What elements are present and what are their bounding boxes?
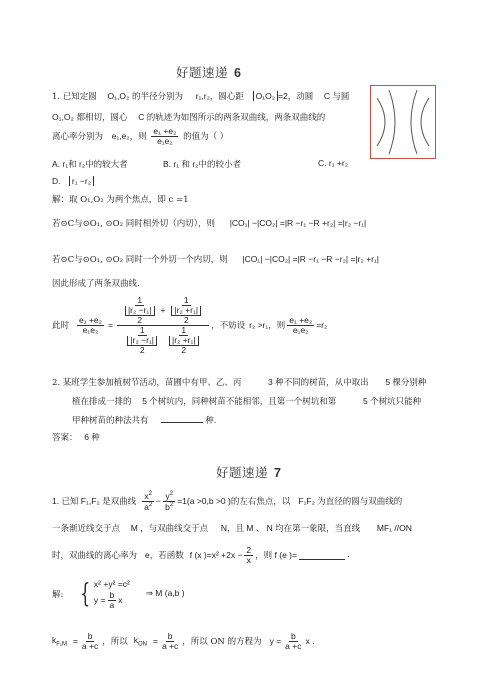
q-text: 时，双曲线的离心率为 — [52, 549, 137, 561]
big-fraction: 1|r₂ −r₁|2 + 1|r₂ +r₁|2 1|r₂ −r₁|2 1|r₂ … — [117, 296, 209, 355]
result: =r₂ — [316, 320, 327, 330]
section-7-title: 好题速递7 — [216, 463, 281, 481]
k1-fraction: ba +c — [80, 632, 100, 651]
denominator: a +c — [80, 642, 100, 651]
q1-text: C 的轨迹为如图所示的两条双曲线，两条双曲线的 — [138, 112, 325, 122]
q2-text: 5 个树坑只能种 — [363, 396, 421, 406]
denominator: a +c — [283, 642, 303, 651]
hyperbola-icon — [371, 86, 435, 158]
q-text: ，则 f (e )= — [255, 549, 297, 561]
period: . — [347, 550, 350, 560]
q1-text: 的半径分别为 — [132, 92, 183, 102]
q2-text: 甲种树苗的种法共有 — [72, 416, 149, 426]
equals: = — [73, 636, 78, 646]
q2-answer: 答案： 6 种 — [52, 431, 100, 443]
denominator: 2 — [182, 316, 191, 325]
equation-2: y = ba x — [94, 591, 130, 610]
q1-text: =2，动圆 — [278, 91, 313, 101]
lhs-fraction: e₁ +e₂e₁e₂ — [77, 316, 104, 335]
hyperbola-figure — [370, 85, 436, 159]
solution-line-2: 若⊙C与⊙O₁, ⊙O₂ 同时相外切（内切），则 |CO₁| −|CO₂| =|… — [52, 217, 366, 229]
option-c: C. r₁ +r₂ — [318, 158, 348, 168]
q1-line-1: 1. 已知定圆 O₁,O₂ 的半径分别为 r₁,r₂，圆心距 O₁O₂=2，动圆… — [52, 90, 349, 102]
s7-q1-line-2: 一条渐近线交于点 M ，与双曲线交于点 N，且 M 、 N 均在第一象限，当直线… — [52, 522, 412, 534]
denominator: e₁e₂ — [291, 326, 311, 335]
option-a: A. r₁和 r₂中的较大者 — [52, 158, 128, 170]
solution-text: ，不妨设 — [211, 319, 245, 331]
answer-blank[interactable] — [161, 414, 203, 423]
q2-text: 2. 某班学生参加植树节活动，苗圃中有甲、乙、丙 — [52, 378, 241, 388]
solution-line-4: 因此形成了两条双曲线. — [52, 277, 140, 289]
big-numerator: 1|r₂ −r₁|2 + 1|r₂ +r₁|2 — [117, 296, 209, 326]
q2-line-3: 甲种树苗的种法共有 种. — [72, 414, 216, 426]
q-text: F₁F₂ 为直径的圆与双曲线的 — [298, 495, 402, 507]
big-denominator: 1|r₂ −r₁|2 1|r₂ +r₁|2 — [119, 326, 206, 355]
q2-text: 3 种不同的树苗，从中取出 — [268, 377, 369, 387]
solution-text: ，则 — [268, 319, 285, 331]
circles-label: O₁,O₂ — [52, 112, 74, 122]
circles-label: O₁,O₂ — [108, 91, 130, 101]
function-def: f (x )=x² +2x − — [190, 550, 243, 560]
eccentricities: e₁,e₂ — [112, 131, 130, 141]
q-text: 1. 已知 F₁,F₂ 是双曲线 — [52, 495, 136, 507]
y2-over-b2: y2b2 — [163, 491, 175, 512]
solution-text: ，所以 — [102, 635, 128, 647]
solution-text: 此时 — [52, 319, 69, 331]
denominator: a — [108, 601, 117, 610]
q2-text: 植在排成一排的 — [72, 397, 132, 407]
k-subscript: F₁M — [56, 642, 67, 648]
denominator: 2 — [138, 346, 147, 355]
q1-text: ，圆心距 — [210, 92, 244, 102]
fraction: e₁ +e₂e₁e₂ — [151, 127, 178, 146]
implies-result: ⇒ M (a,b ) — [146, 588, 185, 599]
q1-text: 离心率分别为 — [52, 132, 103, 142]
plus: + — [161, 306, 166, 315]
answer-value: 6 种 — [84, 432, 100, 442]
k-subscript: ON — [138, 642, 147, 648]
s7-q1-line-1: 1. 已知 F₁,F₂ 是双曲线 x2a2 − y2b2 =1(a >0,b >… — [52, 491, 402, 512]
q-text: 一条渐近线交于点 — [52, 524, 120, 534]
q1-line-3: 离心率分别为 e₁,e₂，则 e₁ +e₂e₁e₂ 的值为（ ） — [52, 127, 228, 146]
q2-line-1: 2. 某班学生参加植树节活动，苗圃中有甲、乙、丙 3 种不同的树苗，从中取出 5… — [52, 376, 426, 388]
solution-expr: |CO₁| −|CO₂| =|R −r₁ −R +r₂| =|r₂ −r₁| — [230, 218, 367, 228]
q2-text: 5 棵分别种 — [385, 377, 426, 387]
x2-over-a2: x2a2 — [142, 491, 154, 512]
q-text: e，若函数 — [145, 549, 184, 561]
q1-text: C 与圆 — [324, 91, 350, 101]
option-d-expr: r₁ −r₂ — [69, 176, 94, 186]
radii-label: r₁,r₂ — [196, 91, 210, 101]
solution-text: 若⊙C与⊙O₁, ⊙O₂ 同时相外切（内切），则 — [52, 219, 215, 229]
equation-tail: =1(a >0,b >0 ) — [177, 496, 231, 506]
y-fraction: ba +c — [283, 632, 303, 651]
solution-line-3: 若⊙C与⊙O₁, ⊙O₂ 同时一个外切一个内切，则 |CO₁| −|CO₂| =… — [52, 253, 379, 265]
option-d: D. r₁ −r₂ — [52, 176, 94, 186]
eq-text: x — [118, 594, 122, 607]
denominator: e₁e₂ — [155, 137, 175, 146]
solution-label: 解: — [52, 588, 63, 600]
k2-fraction: ba +c — [160, 632, 180, 651]
solution-text: 若⊙C与⊙O₁, ⊙O₂ 同时一个外切一个内切，则 — [52, 255, 228, 265]
answer-label: 答案： — [52, 433, 78, 443]
parallel-condition: MF₁ //ON — [377, 523, 412, 533]
q2-line-2: 植在排成一排的 5 个树坑内，同种树苗不能相邻，且第一个树坑和第 5 个树坑只能… — [72, 395, 421, 407]
solution-text: ，所以 ON 的方程为 — [182, 635, 261, 647]
equation-1: x² +y² =c² — [94, 578, 130, 591]
assumption: r₂ >r₁ — [249, 320, 268, 330]
denominator: 2 — [179, 346, 188, 355]
two-over-x: 2x — [244, 546, 253, 565]
center-distance: O₁O₂ — [253, 91, 278, 101]
section-6-title: 好题速递6 — [176, 63, 241, 81]
result-fraction: e₁ +e₂e₁e₂ — [287, 316, 314, 335]
brace: { — [81, 581, 91, 607]
denominator: e₁e₂ — [81, 326, 101, 335]
eq-text: y = — [94, 594, 106, 607]
s7-solution-slopes: kF₁M = ba +c ，所以 kON = ba +c ，所以 ON 的方程为… — [52, 632, 314, 651]
q1-text: 都相切，圆心 — [76, 113, 127, 123]
answer-blank[interactable] — [299, 551, 345, 560]
k2: kON — [134, 635, 147, 648]
q-text: N，且 M 、 N 均在第一象限，当直线 — [221, 523, 360, 533]
q-text: M ，与双曲线交于点 — [131, 523, 208, 533]
q2-text: 5 个树坑内，同种树苗不能相邻，且第一个树坑和第 — [142, 396, 336, 406]
q1-text: 1. 已知定圆 — [52, 92, 97, 102]
equals: = — [153, 636, 158, 646]
y-equals: y = — [270, 636, 282, 646]
title-text: 好题速递 — [216, 465, 268, 480]
option-d-label: D. — [52, 176, 61, 186]
title-number: 7 — [274, 466, 281, 480]
q1-text: ，则 — [130, 132, 147, 142]
equation-system: x² +y² =c² y = ba x — [94, 578, 130, 610]
q-text: 的左右焦点，以 — [231, 495, 291, 507]
s7-solution-system: 解: { x² +y² =c² y = ba x ⇒ M (a,b ) — [52, 578, 185, 610]
solution-expr: |CO₁| −|CO₂| =|R −r₁ −R −r₂| =|r₂ +r₁| — [242, 254, 379, 264]
solution-line-5: 此时 e₁ +e₂e₁e₂ = 1|r₂ −r₁|2 + 1|r₂ +r₁|2 … — [52, 296, 327, 355]
denominator: a +c — [160, 642, 180, 651]
q2-text: 种. — [205, 416, 216, 426]
q1-text: 的值为（ ） — [183, 132, 228, 142]
y-tail: x . — [305, 636, 314, 646]
denominator: 2 — [135, 316, 144, 325]
title-number: 6 — [234, 66, 241, 80]
k1: kF₁M — [52, 635, 67, 648]
solution-line-1: 解：取 O₁,O₂ 为两个焦点，即 c =1 — [52, 193, 189, 205]
denominator: x — [245, 556, 253, 565]
s7-q1-line-3: 时，双曲线的离心率为 e，若函数 f (x )=x² +2x − 2x ，则 f… — [52, 546, 350, 565]
option-b: B. r₁ 和 r₂中的较小者 — [163, 158, 241, 170]
q1-line-2: O₁,O₂ 都相切，圆心 C 的轨迹为如图所示的两条双曲线，两条双曲线的 — [52, 111, 325, 123]
title-text: 好题速递 — [176, 65, 228, 80]
